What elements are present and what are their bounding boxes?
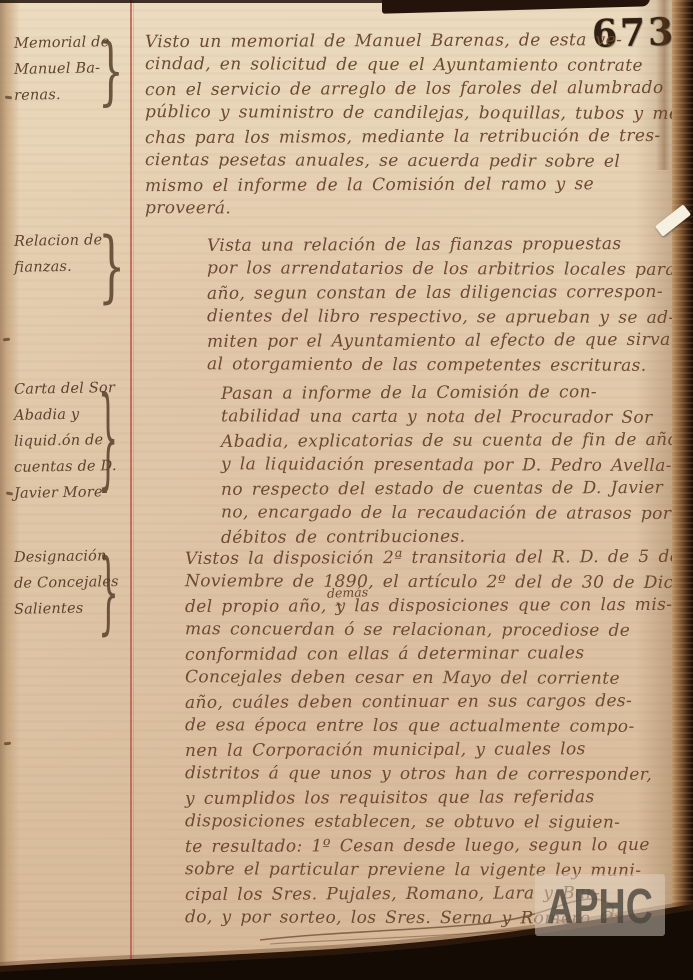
text-line: cientas pesetas anuales, se acuerda pedi… <box>137 148 682 174</box>
page-stack-edge <box>672 0 693 980</box>
paragraph-carta: Pasan a informe de la Comisión de con-ta… <box>137 381 682 549</box>
text-line: cuentas de D. <box>14 453 110 481</box>
margin-note-carta: Carta del SorAbadia yliquid.ón decuentas… <box>14 376 110 506</box>
caret-icon: ^ <box>334 601 343 614</box>
paragraph-memorial: Visto un memorial de Manuel Barenas, de … <box>137 29 682 221</box>
text-line: al otorgamiento de las competentes escri… <box>137 352 682 378</box>
text-line: con el servicio de arreglo de los farole… <box>137 76 682 102</box>
text-line: Vistos la disposición 2ª transitoria del… <box>137 545 682 571</box>
inserted-word: demás <box>327 584 369 600</box>
text-line: Abadia, explicatorias de su cuenta de fi… <box>137 428 682 454</box>
text-line: y cumplidos los requisitos que las refer… <box>137 785 682 811</box>
margin-note-concejales: Designaciónde ConcejalesSalientes <box>14 544 110 622</box>
text-line: miten por el Ayuntamiento al efecto de q… <box>137 328 682 354</box>
text-line: nen la Corporación municipal, y cuales l… <box>137 737 682 763</box>
text-line: conformidad con ellas á determinar cuale… <box>137 641 682 667</box>
text-line: y la liquidación presentada por D. Pedro… <box>137 452 682 478</box>
text-line: Abadia y <box>14 401 110 429</box>
photo-edge-shadow <box>0 0 430 3</box>
margin-brace-icon: } <box>98 548 120 638</box>
margin-note-fianzas: Relacion defianzas. <box>14 228 110 280</box>
text-line: Noviembre de 1890, el artículo 2º del de… <box>137 569 682 595</box>
text-line: Designación <box>14 543 110 571</box>
margin-brace-icon: } <box>98 34 120 108</box>
text-line: Relacion de <box>14 227 110 255</box>
text-line: dientes del libro respectivo, se aprueba… <box>137 304 682 330</box>
text-line: mismo el informe de la Comisión del ramo… <box>137 172 682 198</box>
watermark-text: APHC <box>547 876 654 934</box>
text-line: Javier More- <box>14 479 110 507</box>
page-curl-shade <box>635 0 675 980</box>
text-line: por los arrendatarios de los arbitrios l… <box>137 256 682 282</box>
manuscript-scan: 673 Memorial deManuel Ba-renas. } Relaci… <box>0 0 693 980</box>
text-line: proveerá. <box>137 196 682 222</box>
text-line: te resultado: 1º Cesan desde luego, segu… <box>137 833 682 859</box>
text-line: mas concuerdan ó se relacionan, procedio… <box>137 617 682 643</box>
text-line: tabilidad una carta y nota del Procurado… <box>137 404 682 430</box>
text-line: del propio año, y las disposiciones que … <box>137 593 682 619</box>
text-line: de esa época entre los que actualmente c… <box>137 713 682 739</box>
text-line: Pasan a informe de la Comisión de con- <box>137 380 682 406</box>
margin-note-memorial: Memorial deManuel Ba-renas. <box>14 30 110 108</box>
text-line: público y suministro de candilejas, boqu… <box>137 100 682 126</box>
text-line: Salientes <box>14 595 110 623</box>
text-line: Concejales deben cesar en Mayo del corri… <box>137 665 682 691</box>
text-line: año, cuáles deben continuar en sus cargo… <box>137 689 682 715</box>
text-line: liquid.ón de <box>14 427 110 455</box>
text-line: cindad, en solicitud de que el Ayuntamie… <box>137 52 682 78</box>
paragraph-fianzas: Vista una relación de las fianzas propue… <box>137 233 682 377</box>
paragraph-concejales: Vistos la disposición 2ª transitoria del… <box>137 546 682 930</box>
text-line: Vista una relación de las fianzas propue… <box>137 232 682 258</box>
text-line: Memorial de <box>14 29 110 57</box>
text-line: no respecto del estado de cuentas de D. … <box>137 476 682 502</box>
margin-rule <box>130 0 132 980</box>
text-line: renas. <box>14 81 110 109</box>
text-line: año, segun constan de las diligencias co… <box>137 280 682 306</box>
margin-brace-icon: } <box>98 382 120 492</box>
text-line: Manuel Ba- <box>14 55 110 83</box>
text-line: chas para los mismos, mediante la retrib… <box>137 124 682 150</box>
text-line: disposiciones establecen, se obtuvo el s… <box>137 809 682 835</box>
text-line: distritos á que unos y otros han de corr… <box>137 761 682 787</box>
margin-brace-icon: } <box>98 228 120 306</box>
aphc-watermark: APHC <box>535 874 665 936</box>
text-line: no, encargado de la recaudación de atras… <box>137 500 682 526</box>
text-line: de Concejales <box>14 569 110 597</box>
text-line: Visto un memorial de Manuel Barenas, de … <box>137 28 682 54</box>
text-line: Carta del Sor <box>14 375 110 403</box>
text-line: fianzas. <box>14 253 110 281</box>
